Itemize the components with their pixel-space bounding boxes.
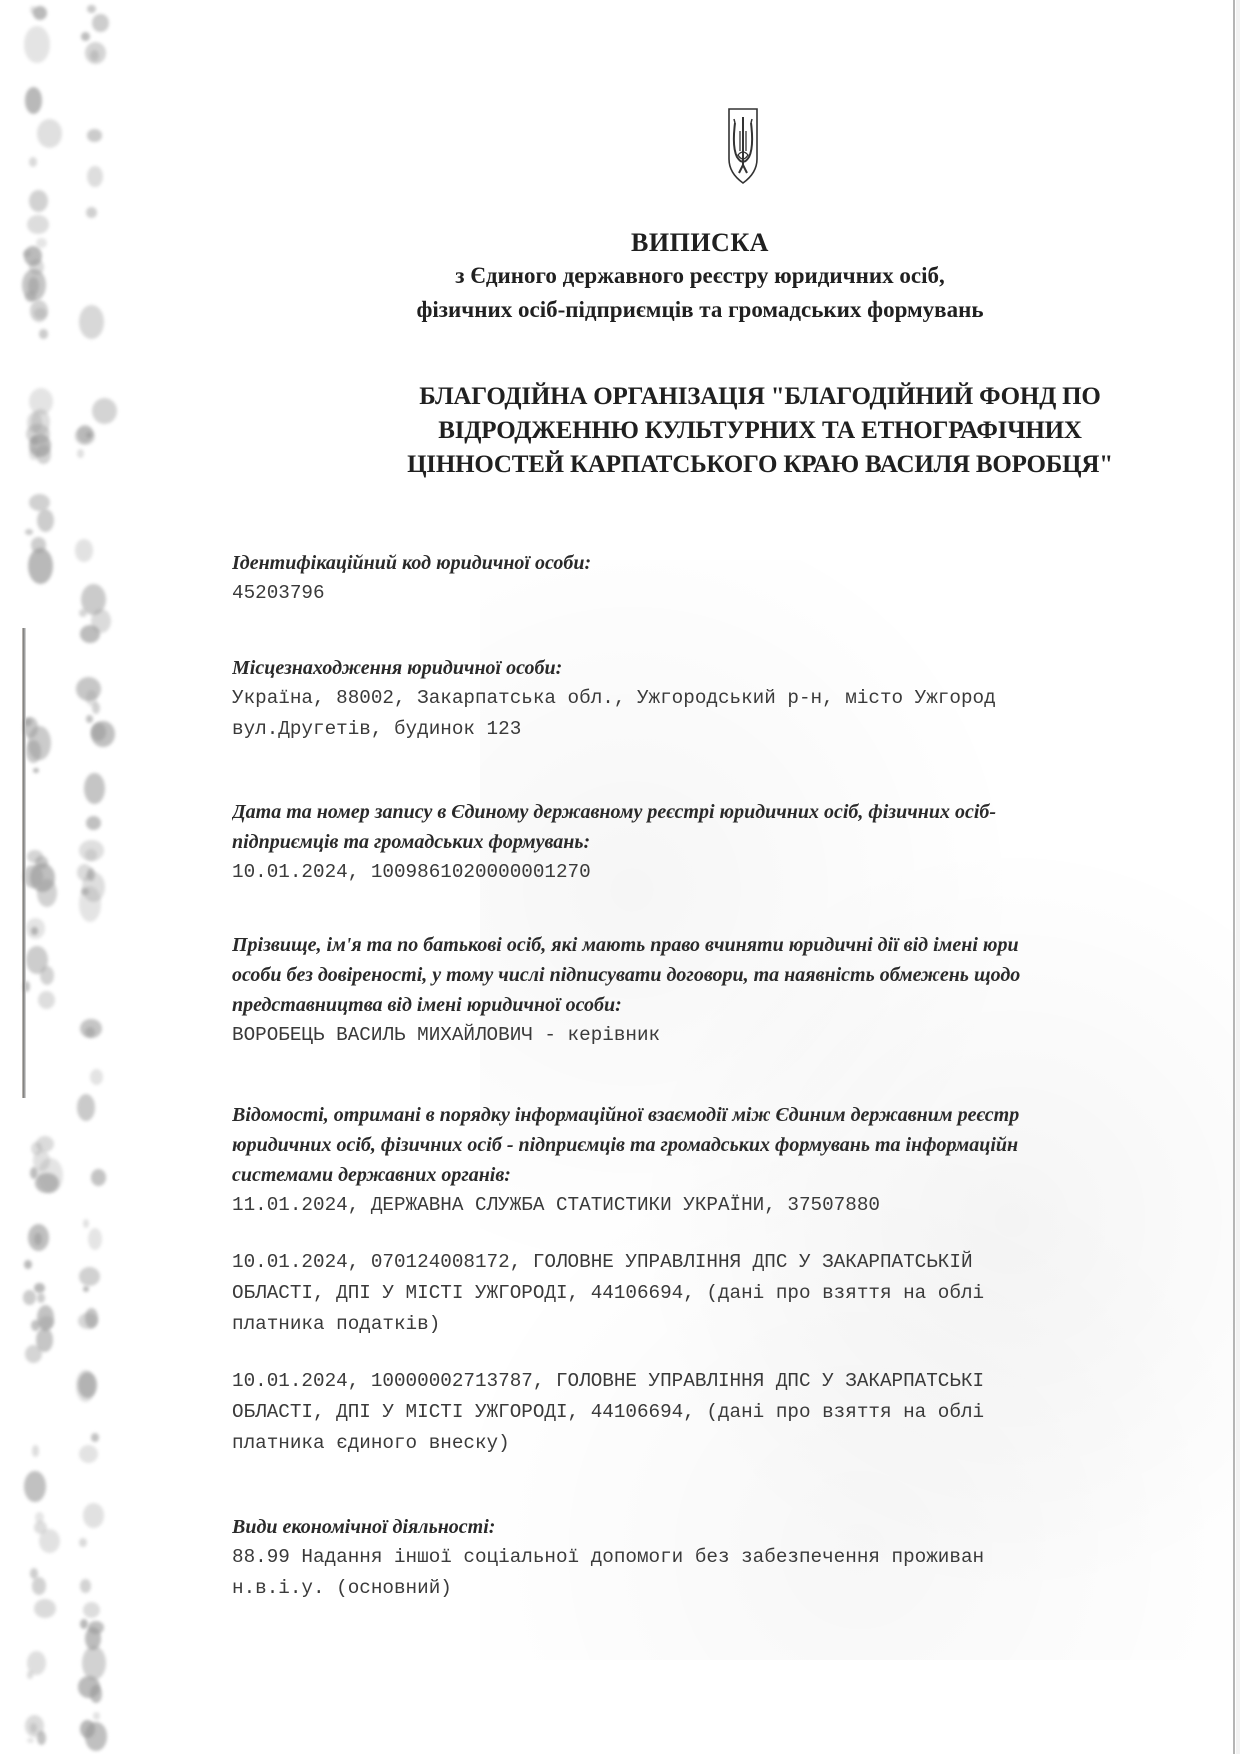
section-label-line: системами державних органів: — [232, 1160, 1237, 1190]
info-entry: 10.01.2024, 10000002713787, ГОЛОВНЕ УПРА… — [232, 1366, 1237, 1459]
organization-name-line: ВІДРОДЖЕННЮ КУЛЬТУРНИХ ТА ЕТНОГРАФІЧНИХ — [330, 414, 1190, 448]
section-label: Ідентифікаційний код юридичної особи: — [232, 548, 1237, 578]
scan-edge-artifact — [22, 628, 26, 1098]
identification-code-value: 45203796 — [232, 578, 1237, 609]
address-line: вул.Другетів, будинок 123 — [232, 714, 1237, 745]
section-label-line: Дата та номер запису в Єдиному державном… — [232, 797, 1237, 827]
section-label: Місцезнаходження юридичної особи: — [232, 653, 1237, 683]
section-economic-activity: Види економічної діяльності: 88.99 Надан… — [232, 1512, 1237, 1604]
organization-name-line: БЛАГОДІЙНА ОРГАНІЗАЦІЯ "БЛАГОДІЙНИЙ ФОНД… — [330, 380, 1190, 414]
info-entry-line: 11.01.2024, ДЕРЖАВНА СЛУЖБА СТАТИСТИКИ У… — [232, 1190, 1237, 1221]
section-label: Види економічної діяльності: — [232, 1512, 1237, 1542]
section-label-line: юридичних осіб, фізичних осіб - підприєм… — [232, 1130, 1237, 1160]
document-subtitle-line-1: з Єдиного державного реєстру юридичних о… — [80, 263, 1240, 289]
info-entry-line: 10.01.2024, 10000002713787, ГОЛОВНЕ УПРА… — [232, 1366, 1237, 1397]
info-entry-line: ОБЛАСТІ, ДПІ У МІСТІ УЖГОРОДІ, 44106694,… — [232, 1278, 1237, 1309]
info-entry-line: платника єдиного внеску) — [232, 1428, 1237, 1459]
section-information-exchange: Відомості, отримані в порядку інформацій… — [232, 1100, 1237, 1459]
economic-activity-line: 88.99 Надання іншої соціальної допомоги … — [232, 1542, 1237, 1573]
info-entry: 10.01.2024, 070124008172, ГОЛОВНЕ УПРАВЛ… — [232, 1247, 1237, 1340]
info-entry-line: платника податків) — [232, 1309, 1237, 1340]
section-label-line: представництва від імені юридичної особи… — [232, 990, 1237, 1020]
document-title: ВИПИСКА — [80, 228, 1240, 258]
section-authorized-persons: Прізвище, ім'я та по батькові осіб, які … — [232, 930, 1237, 1051]
section-label-line: Прізвище, ім'я та по батькові осіб, які … — [232, 930, 1237, 960]
coat-of-arms-icon — [727, 107, 759, 185]
organization-name-line: ЦІННОСТЕЙ КАРПАТСЬКОГО КРАЮ ВАСИЛЯ ВОРОБ… — [330, 448, 1190, 482]
section-label-line: Відомості, отримані в порядку інформацій… — [232, 1100, 1237, 1130]
info-entry-line: ОБЛАСТІ, ДПІ У МІСТІ УЖГОРОДІ, 44106694,… — [232, 1397, 1237, 1428]
address-line: Україна, 88002, Закарпатська обл., Ужгор… — [232, 683, 1237, 714]
authorized-person-value: ВОРОБЕЦЬ ВАСИЛЬ МИХАЙЛОВИЧ - керівник — [232, 1020, 1237, 1051]
section-label-line: особи без довіреності, у тому числі підп… — [232, 960, 1237, 990]
info-entry-line: 10.01.2024, 070124008172, ГОЛОВНЕ УПРАВЛ… — [232, 1247, 1237, 1278]
registry-record-value: 10.01.2024, 1009861020000001270 — [232, 857, 1237, 888]
section-label-line: підприємців та громадських формувань: — [232, 827, 1237, 857]
info-entry: 11.01.2024, ДЕРЖАВНА СЛУЖБА СТАТИСТИКИ У… — [232, 1190, 1237, 1221]
economic-activity-line: н.в.і.у. (основний) — [232, 1573, 1237, 1604]
document-subtitle-line-2: фізичних осіб-підприємців та громадських… — [80, 297, 1240, 323]
section-registry-record: Дата та номер запису в Єдиному державном… — [232, 797, 1237, 888]
section-address: Місцезнаходження юридичної особи: Україн… — [232, 653, 1237, 745]
section-identification-code: Ідентифікаційний код юридичної особи: 45… — [232, 548, 1237, 609]
organization-name: БЛАГОДІЙНА ОРГАНІЗАЦІЯ "БЛАГОДІЙНИЙ ФОНД… — [330, 380, 1190, 482]
